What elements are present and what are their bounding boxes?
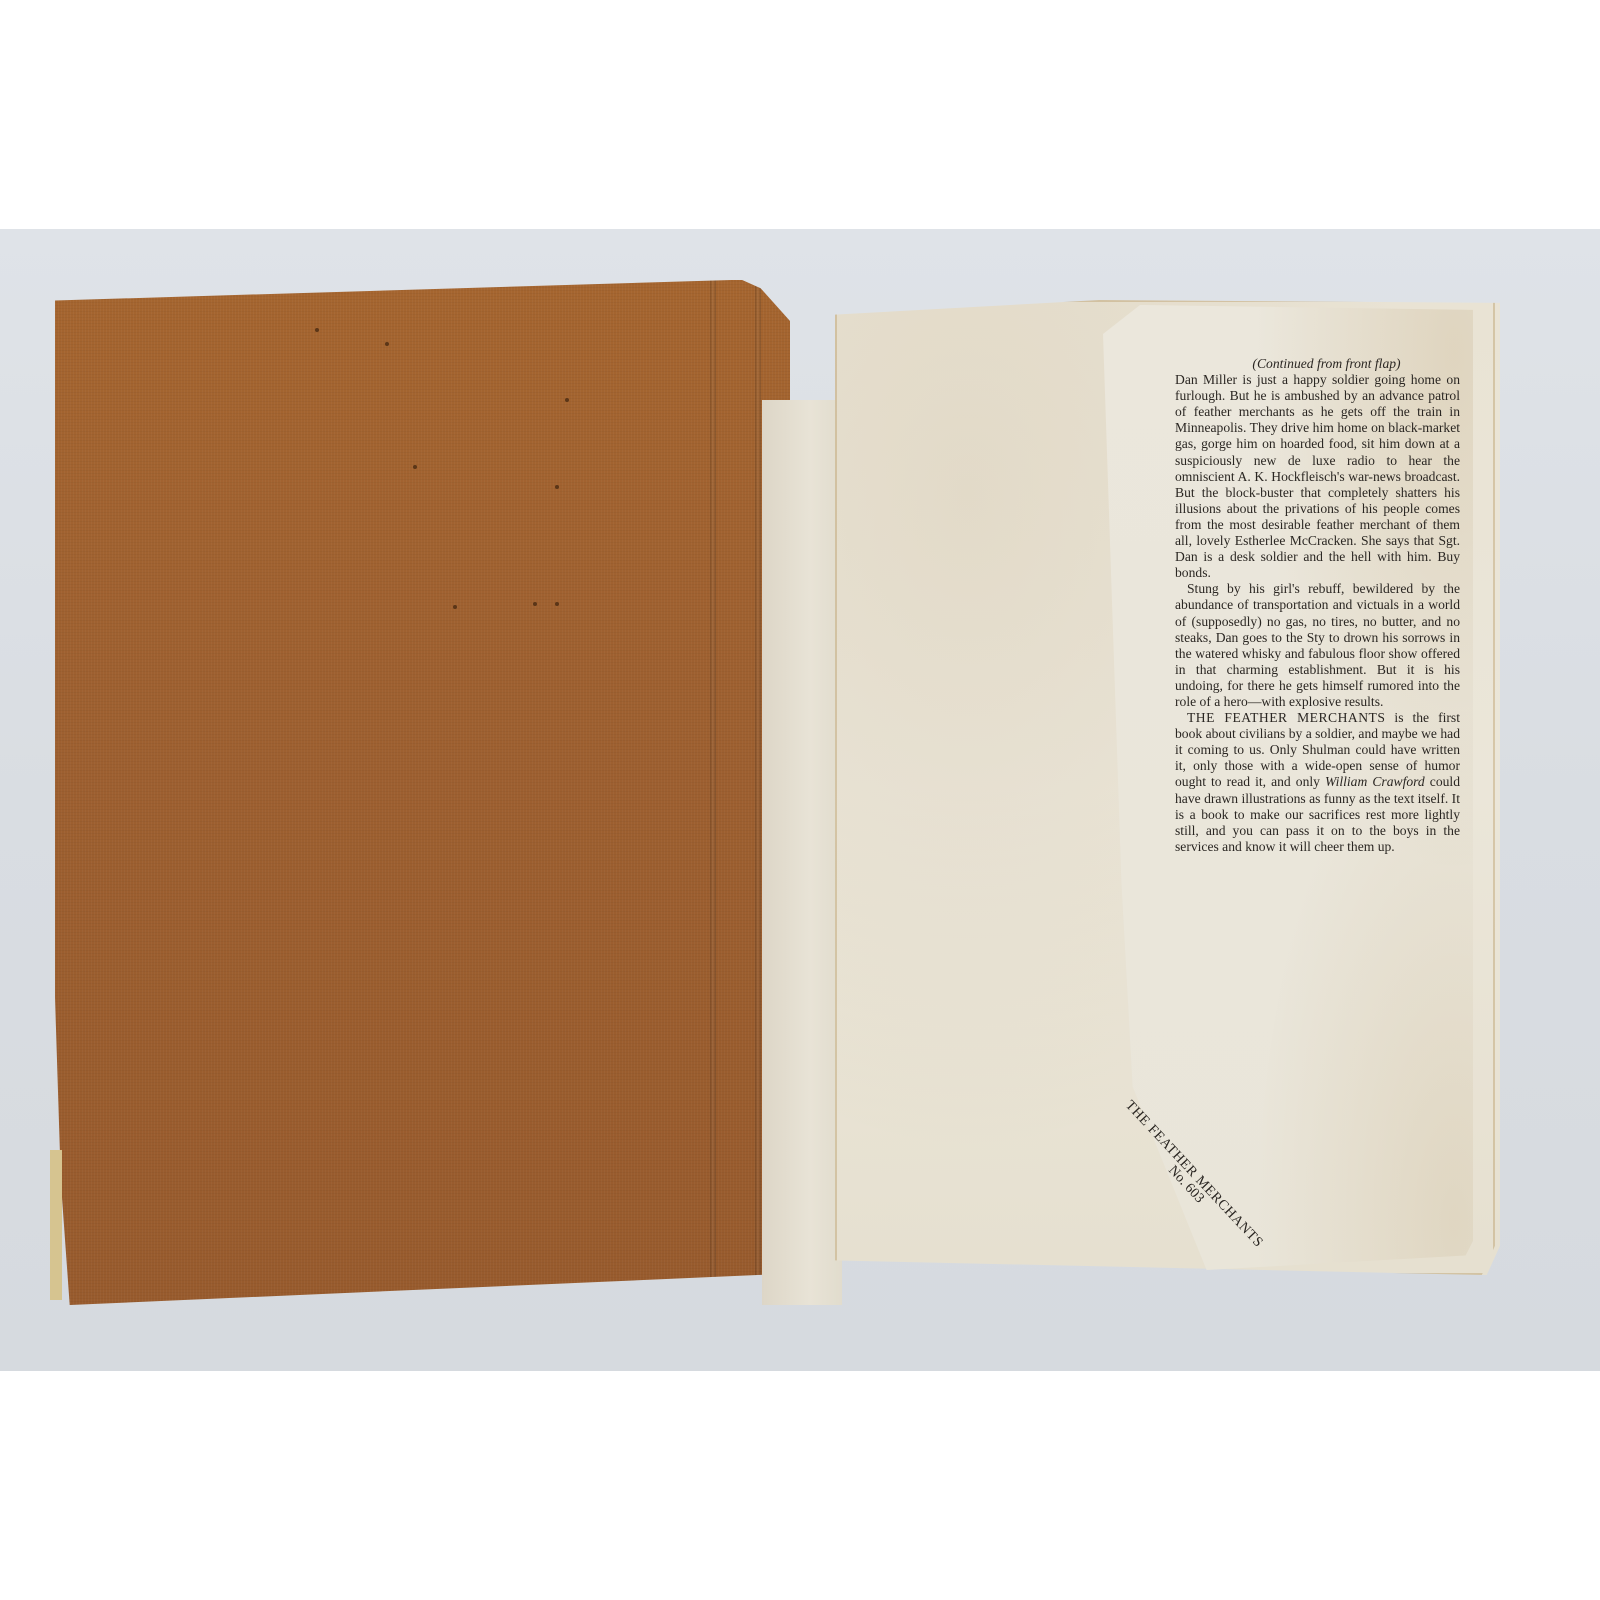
- flap-text-block: (Continued from front flap) Dan Miller i…: [1175, 356, 1460, 855]
- stain-speck: [453, 605, 457, 609]
- dust-jacket-spine: [762, 400, 842, 1305]
- stain-speck: [555, 602, 559, 606]
- illustrator-name: William Craw­ford: [1325, 774, 1425, 789]
- flap-paragraph: Stung by his girl's rebuff, bewildered b…: [1175, 581, 1460, 710]
- book-title-mention: THE FEATHER MERCHANTS: [1187, 710, 1385, 725]
- stain-speck: [555, 485, 559, 489]
- spine-hinge-groove: [755, 280, 761, 1305]
- book-cloth-cover: [55, 280, 790, 1305]
- stain-speck: [385, 342, 389, 346]
- continued-note: (Continued from front flap): [1175, 356, 1460, 372]
- exposed-endpaper-edge: [50, 1150, 62, 1300]
- spine-hinge-groove: [710, 280, 716, 1305]
- stain-speck: [533, 602, 537, 606]
- flap-paragraph: Dan Miller is just a happy soldier going…: [1175, 372, 1460, 581]
- stain-speck: [565, 398, 569, 402]
- stain-speck: [413, 465, 417, 469]
- flap-paragraph-closing: THE FEATHER MERCHANTS is the first book …: [1175, 710, 1460, 855]
- stain-speck: [315, 328, 319, 332]
